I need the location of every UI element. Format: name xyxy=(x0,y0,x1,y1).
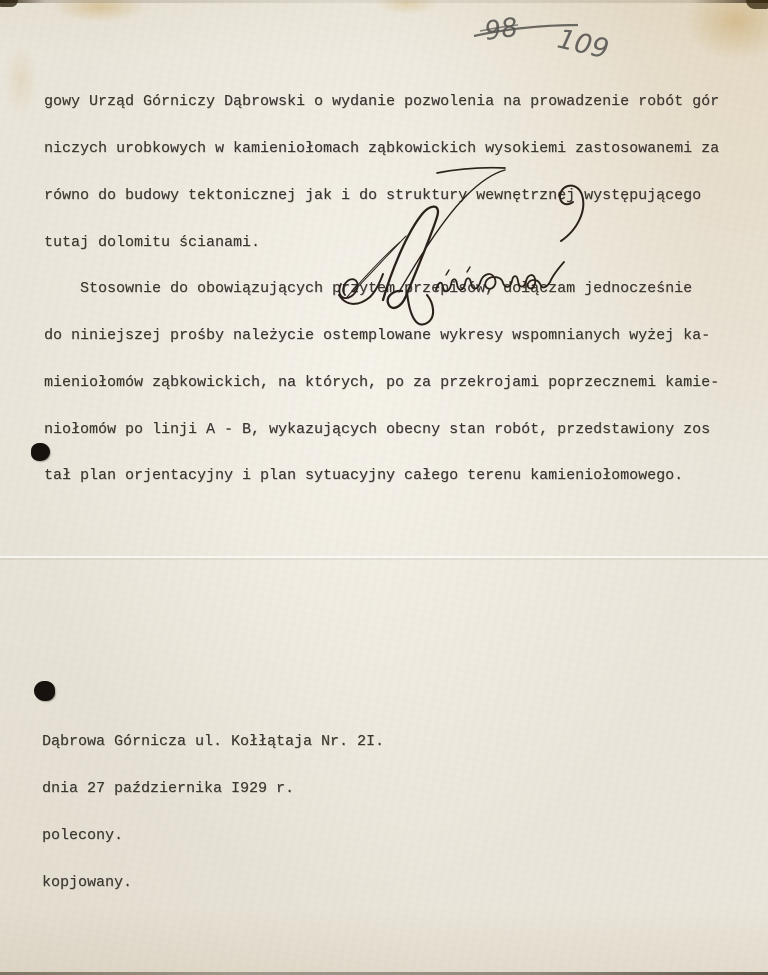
scan-corner-top-left xyxy=(0,0,18,7)
footer-address-block: Dąbrowa Górnicza ul. Kołłątaja Nr. 2I. d… xyxy=(42,703,384,921)
signature-letters-iwowar xyxy=(436,262,564,291)
typed-line: niołomów po linji A - B, wykazujących ob… xyxy=(44,422,719,438)
typed-line: tał plan orjentacyjny i plan sytuacyjny … xyxy=(44,468,719,484)
footer-line-registered: polecony. xyxy=(42,828,384,844)
signature-letter-p-descender xyxy=(407,292,433,325)
signature-letter-p xyxy=(383,207,438,308)
signature-accent-tick xyxy=(467,267,470,272)
handwritten-signature xyxy=(325,155,615,345)
scan-corner-top-right xyxy=(746,0,768,9)
pencil-number-current: 109 xyxy=(554,24,611,62)
paper-stain xyxy=(52,0,147,22)
signature-flourish-curl xyxy=(560,186,583,241)
signature-accent-tick xyxy=(446,270,449,275)
scan-top-edge xyxy=(0,0,768,3)
fold-crease xyxy=(0,556,768,560)
typed-line: gowy Urząd Górniczy Dąbrowski o wydanie … xyxy=(44,94,719,110)
footer-line-copied: kopjowany. xyxy=(42,875,384,891)
punch-hole-bottom xyxy=(34,681,55,701)
paper-stain xyxy=(4,45,38,115)
pencil-page-numbers: 98 109 xyxy=(462,2,642,62)
footer-line-address: Dąbrowa Górnicza ul. Kołłątaja Nr. 2I. xyxy=(42,734,384,750)
footer-line-date: dnia 27 października I929 r. xyxy=(42,781,384,797)
signature-knot xyxy=(339,274,383,304)
signature-flourish-dash xyxy=(437,168,505,173)
scanned-letter-page: 98 109 gowy Urząd Górniczy Dąbrowski o w… xyxy=(0,0,768,975)
typed-line: mieniołomów ząbkowickich, na których, po… xyxy=(44,375,719,391)
punch-hole-top xyxy=(31,443,50,461)
